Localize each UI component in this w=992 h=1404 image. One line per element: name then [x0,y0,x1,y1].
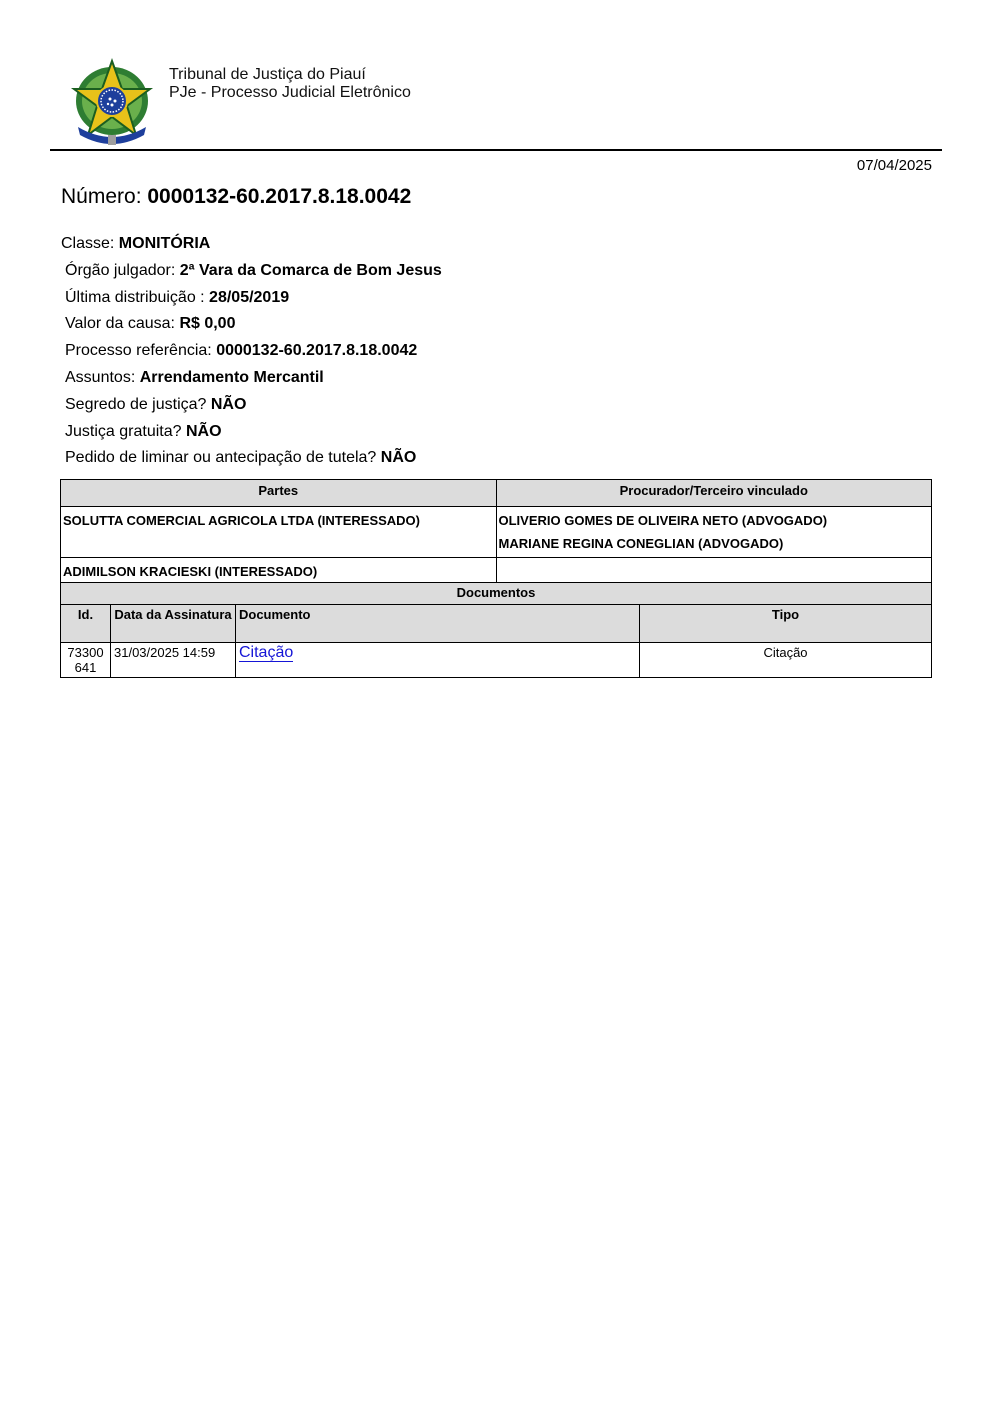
table-row: SOLUTTA COMERCIAL AGRICOLA LTDA (INTERES… [61,507,932,558]
tipo-header: Tipo [640,605,932,643]
document-link[interactable]: Citação [239,644,293,662]
process-number-value: 0000132-60.2017.8.18.0042 [147,185,411,208]
field-segredo-justica: Segredo de justiça? NÃO [61,394,442,421]
procurador-name: MARIANE REGINA CONEGLIAN (ADVOGADO) [499,532,930,555]
field-assuntos: Assuntos: Arrendamento Mercantil [61,367,442,394]
documento-header: Documento [236,605,640,643]
field-pedido-liminar: Pedido de liminar ou antecipação de tute… [61,447,442,474]
field-ultima-distribuicao: Última distribuição : 28/05/2019 [61,287,442,314]
system-name: PJe - Processo Judicial Eletrônico [169,84,411,102]
field-orgao-julgador: Órgão julgador: 2ª Vara da Comarca de Bo… [61,260,442,287]
id-header: Id. [61,605,111,643]
brazil-coat-of-arms-icon [70,57,154,147]
procuradores-cell: OLIVERIO GOMES DE OLIVEIRA NETO (ADVOGAD… [496,507,932,558]
field-processo-referencia: Processo referência: 0000132-60.2017.8.1… [61,340,442,367]
partes-table: Partes Procurador/Terceiro vinculado SOL… [60,479,932,586]
data-assinatura-header: Data da Assinatura [111,605,236,643]
process-number: Número: 0000132-60.2017.8.18.0042 [61,185,411,209]
document-cell: Citação [236,643,640,678]
document-type: Citação [640,643,932,678]
field-valor-causa: Valor da causa: R$ 0,00 [61,313,442,340]
print-date: 07/04/2025 [857,157,932,174]
org-name: Tribunal de Justiça do Piauí [169,66,411,84]
document-signature-date: 31/03/2025 14:59 [111,643,236,678]
parte-name: SOLUTTA COMERCIAL AGRICOLA LTDA (INTERES… [61,507,497,558]
field-justica-gratuita: Justiça gratuita? NÃO [61,421,442,448]
process-number-label: Número: [61,185,147,208]
field-classe: Classe: MONITÓRIA [61,233,442,260]
partes-header: Partes [61,480,497,507]
documentos-title: Documentos [61,583,932,605]
page-header: Tribunal de Justiça do Piauí PJe - Proce… [50,55,942,150]
procurador-header: Procurador/Terceiro vinculado [496,480,932,507]
procurador-name: OLIVERIO GOMES DE OLIVEIRA NETO (ADVOGAD… [499,509,930,532]
document-id: 73300 641 [61,643,111,678]
header-divider [50,149,942,151]
process-fields: Classe: MONITÓRIA Órgão julgador: 2ª Var… [61,233,442,474]
documentos-table: Documentos Id. Data da Assinatura Docume… [60,582,932,678]
table-row: 73300 641 31/03/2025 14:59 Citação Citaç… [61,643,932,678]
